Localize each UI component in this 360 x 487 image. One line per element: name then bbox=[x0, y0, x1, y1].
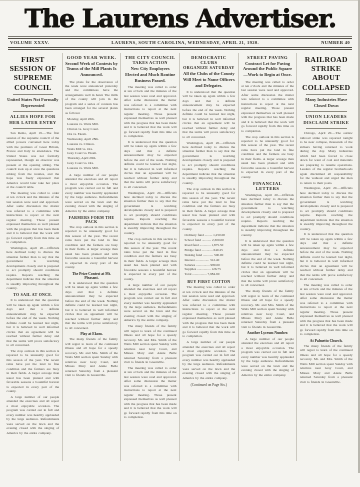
body-paragraph: It is understood that the question will … bbox=[7, 298, 60, 347]
subhead-to-sail: TO SAIL AT ONCE. bbox=[7, 293, 60, 297]
body-paragraph: The many friends of the family will regr… bbox=[300, 344, 353, 384]
dateline-volume: VOLUME XXXV. bbox=[10, 40, 49, 45]
page-bottom-margin bbox=[0, 473, 360, 487]
rule bbox=[13, 111, 54, 112]
body-paragraph: The many friends of the family will regr… bbox=[65, 337, 118, 377]
column-1: FIRST SESSION OF SUPREME COUNCIL United … bbox=[4, 53, 62, 461]
column-6: RAILROAD STRIKE ABOUT COLLAPSED Many Ind… bbox=[296, 53, 355, 461]
deck-allies-hope: ALLIES HOPE FOR HER LATER ENTRY bbox=[7, 114, 60, 126]
body-paragraph: A large number of our people attended th… bbox=[183, 340, 236, 380]
masthead-rule bbox=[8, 36, 352, 37]
body-paragraph: The crop outlook in this section is repo… bbox=[183, 187, 236, 232]
column-3: THE CITY COUNCIL TAKES ACTION New City E… bbox=[120, 53, 179, 461]
column-area: FIRST SESSION OF SUPREME COUNCIL United … bbox=[4, 53, 355, 461]
header-city-council: THE CITY COUNCIL bbox=[124, 55, 177, 60]
body-paragraph: The many friends of the family will regr… bbox=[124, 324, 177, 364]
finance-statement-list: Ordinary fund ......... 1,250.00 School … bbox=[185, 233, 236, 277]
body-paragraph: It is understood that the question will … bbox=[124, 140, 177, 189]
deck-industries-closed: Many Industries Have Closed Down bbox=[300, 97, 353, 109]
subhead-palmetto-church: At Palmetto Church. bbox=[300, 339, 353, 343]
body-paragraph: A large number of our people attended th… bbox=[124, 283, 177, 323]
body-paragraph: It is understood that the question will … bbox=[183, 90, 236, 139]
body-paragraph: The plans for the observance of the week… bbox=[65, 80, 118, 116]
body-paragraph: The meeting was called to order at ten o… bbox=[183, 285, 236, 339]
header-takes-action: TAKES ACTION bbox=[124, 60, 177, 65]
column-4: DEMOCRATIC CLUBS ORGANIZE SATURDAY All t… bbox=[179, 53, 238, 461]
body-paragraph: The crop outlook in this section is repo… bbox=[7, 349, 60, 394]
deck-union-leaders: UNION LEADERS DISCLAIM STRIKE bbox=[300, 114, 353, 126]
body-paragraph: The meeting was called to order at ten o… bbox=[300, 283, 353, 337]
body-paragraph: The meeting was called to order at ten o… bbox=[124, 366, 177, 420]
masthead-title: The Laurens Advertiser. bbox=[0, 0, 360, 33]
dateline: VOLUME XXXV. LAURENS, SOUTH CAROLINA, WE… bbox=[8, 38, 352, 48]
headline-railroad-strike: RAILROAD STRIKE ABOUT COLLAPSED bbox=[301, 55, 352, 93]
headline-supreme-council: FIRST SESSION OF SUPREME COUNCIL bbox=[8, 55, 59, 93]
subhead-prize-contest: The Prize Contest at Mt. Pleasant. bbox=[65, 272, 118, 280]
scan-edge-top bbox=[0, 0, 360, 1]
body-paragraph: The crop outlook in this section is repo… bbox=[124, 237, 177, 282]
body-paragraph: Washington, April 20.—Officials here dec… bbox=[124, 191, 177, 236]
newspaper-page: The Laurens Advertiser. VOLUME XXXV. LAU… bbox=[0, 0, 360, 487]
column-2: GOOD YEAR WEEK. Second Week of Contests … bbox=[62, 53, 121, 461]
deck-city-council: New City Employees Elected and Much Rout… bbox=[124, 66, 177, 84]
deck-us-not-represented: United States Not Formally Represented bbox=[7, 97, 60, 109]
body-paragraph: The many friends of the family will regr… bbox=[241, 289, 294, 329]
body-paragraph: It is understood that the question will … bbox=[65, 281, 118, 330]
subhead-play-ekom: Play at Ekom. bbox=[65, 332, 118, 336]
body-paragraph: A large number of our people attended th… bbox=[65, 173, 118, 213]
body-paragraph: Chicago, April 20.—The outlaw railroad s… bbox=[300, 131, 353, 185]
body-paragraph: Washington, April 20.—Officials here dec… bbox=[241, 193, 294, 238]
header-organize: ORGANIZE SATURDAY bbox=[183, 65, 236, 70]
deck-democratic-clubs: All the Clubs of the County Will Meet to… bbox=[183, 71, 236, 89]
subhead-first-cotton: BUY FIRST COTTON bbox=[183, 280, 236, 284]
body-paragraph: The crop outlook in this section is repo… bbox=[65, 225, 118, 270]
body-paragraph: The meeting was called to order at ten o… bbox=[7, 191, 60, 245]
rule bbox=[13, 128, 54, 129]
schedule-list: Monday, April 26th. Laurens vs. Watts Mi… bbox=[67, 117, 118, 171]
rule bbox=[306, 94, 347, 95]
dateline-number: NUMBER 40 bbox=[321, 40, 350, 45]
rule bbox=[306, 128, 347, 129]
subhead-farmers: FARMERS FORM THE PACK bbox=[65, 216, 118, 224]
body-paragraph: A large number of our people attended th… bbox=[7, 395, 60, 435]
body-paragraph: The crop outlook in this section is repo… bbox=[241, 135, 294, 180]
header-good-year-week: GOOD YEAR WEEK. bbox=[65, 55, 118, 60]
body-paragraph: Washington, April 20.—Officials here dec… bbox=[7, 246, 60, 291]
dateline-location-date: LAURENS, SOUTH CAROLINA, WEDNESDAY, APRI… bbox=[111, 40, 258, 45]
body-paragraph: A large number of our people attended th… bbox=[241, 337, 294, 377]
header-financial-letters: FINANCIAL LETTERS bbox=[241, 181, 294, 191]
body-paragraph: It is understood that the question will … bbox=[300, 232, 353, 281]
body-paragraph: The meeting was called to order at ten o… bbox=[124, 85, 177, 139]
body-paragraph: Washington, April 20.—Officials here dec… bbox=[300, 186, 353, 231]
subhead-lyceum: Another Lyceum Number. bbox=[241, 331, 294, 335]
header-street-paving: STREET PAVING bbox=[241, 55, 294, 60]
continued-notice: (Continued on Page Six.) bbox=[183, 383, 236, 387]
body-paragraph: San Remo, April 19.—The first session of… bbox=[7, 131, 60, 189]
column-5: STREET PAVING Contract Let for Paving Ar… bbox=[238, 53, 297, 461]
rule bbox=[306, 111, 347, 112]
body-paragraph: The meeting was called to order at ten o… bbox=[241, 80, 294, 134]
deck-street-paving: Contract Let for Paving Around the Publi… bbox=[241, 61, 294, 79]
header-democratic-clubs: DEMOCRATIC CLUBS bbox=[183, 55, 236, 65]
body-paragraph: Washington, April 20.—Officials here dec… bbox=[183, 141, 236, 186]
dateline-double-rule bbox=[8, 49, 352, 50]
deck-good-year-week: Second Week of Contests by Teams of the … bbox=[65, 61, 118, 79]
body-paragraph: It is understood that the question will … bbox=[241, 239, 294, 288]
rule bbox=[13, 94, 54, 95]
